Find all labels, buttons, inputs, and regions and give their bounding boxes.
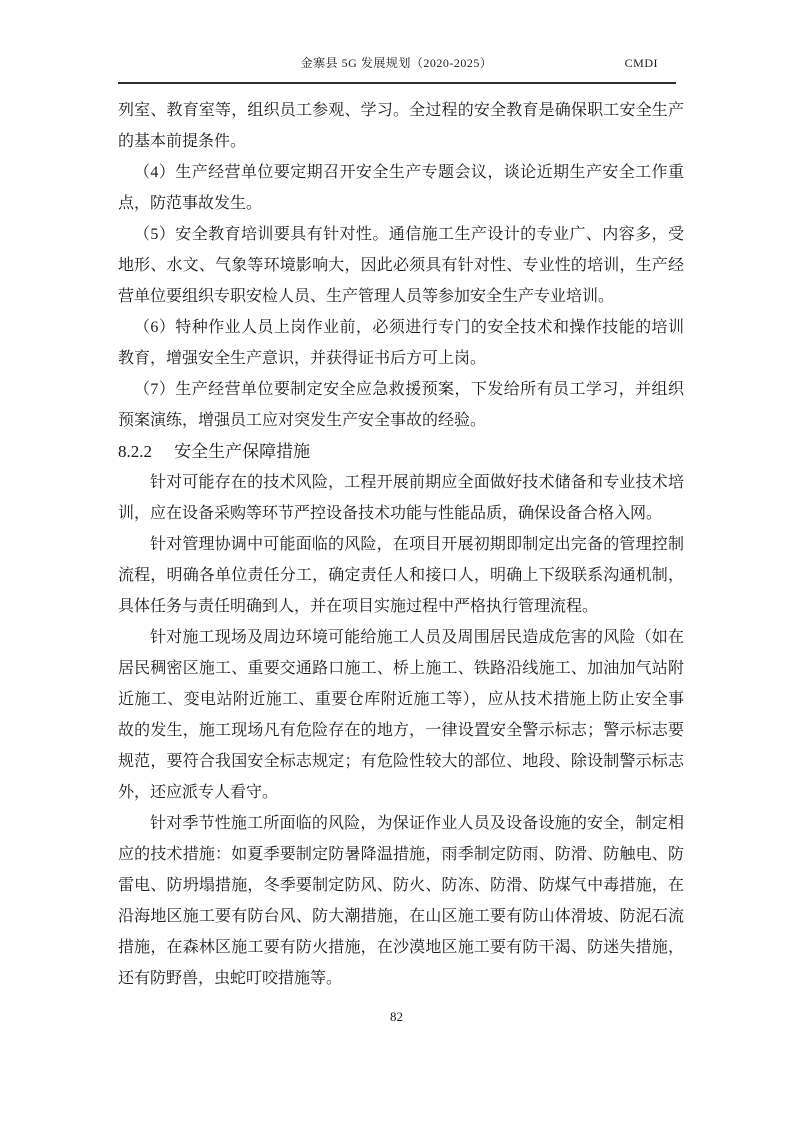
paragraph-item-4: （4）生产经营单位要定期召开安全生产专题会议，谈论近期生产安全工作重点，防范事故…	[118, 157, 684, 219]
section-heading-number: 8.2.2	[118, 436, 152, 467]
page-number: 82	[390, 1009, 403, 1024]
paragraph-tech-risk: 针对可能存在的技术风险，工程开展前期应全面做好技术储备和专业技术培训，应在设备采…	[118, 467, 684, 529]
paragraph-item-5: （5）安全教育培训要具有针对性。通信施工生产设计的专业广、内容多，受地形、水文、…	[118, 219, 684, 312]
document-page: 金寨县 5G 发展规划（2020-2025） CMDI 列室、教育室等，组织员工…	[0, 0, 793, 1122]
paragraph-continuation: 列室、教育室等，组织员工参观、学习。全过程的安全教育是确保职工安全生产的基本前提…	[118, 95, 684, 157]
paragraph-management-risk: 针对管理协调中可能面临的风险，在项目开展初期即制定出完备的管理控制流程，明确各单…	[118, 529, 684, 622]
header-title: 金寨县 5G 发展规划（2020-2025）	[0, 54, 793, 72]
page-header: 金寨县 5G 发展规划（2020-2025） CMDI	[0, 54, 793, 74]
section-heading: 8.2.2安全生产保障措施	[118, 436, 684, 467]
document-body: 列室、教育室等，组织员工参观、学习。全过程的安全教育是确保职工安全生产的基本前提…	[118, 95, 684, 994]
header-org-label: CMDI	[625, 54, 658, 72]
paragraph-site-risk: 针对施工现场及周边环境可能给施工人员及周围居民造成危害的风险（如在居民稠密区施工…	[118, 622, 684, 808]
paragraph-seasonal-risk: 针对季节性施工所面临的风险，为保证作业人员及设备设施的安全，制定相应的技术措施：…	[118, 808, 684, 994]
paragraph-item-6: （6）特种作业人员上岗作业前，必须进行专门的安全技术和操作技能的培训教育，增强安…	[118, 312, 684, 374]
section-heading-title: 安全生产保障措施	[174, 442, 310, 461]
header-rule	[118, 82, 676, 84]
paragraph-item-7: （7）生产经营单位要制定安全应急救援预案，下发给所有员工学习，并组织预案演练，增…	[118, 374, 684, 436]
page-footer: 82	[0, 1008, 793, 1026]
